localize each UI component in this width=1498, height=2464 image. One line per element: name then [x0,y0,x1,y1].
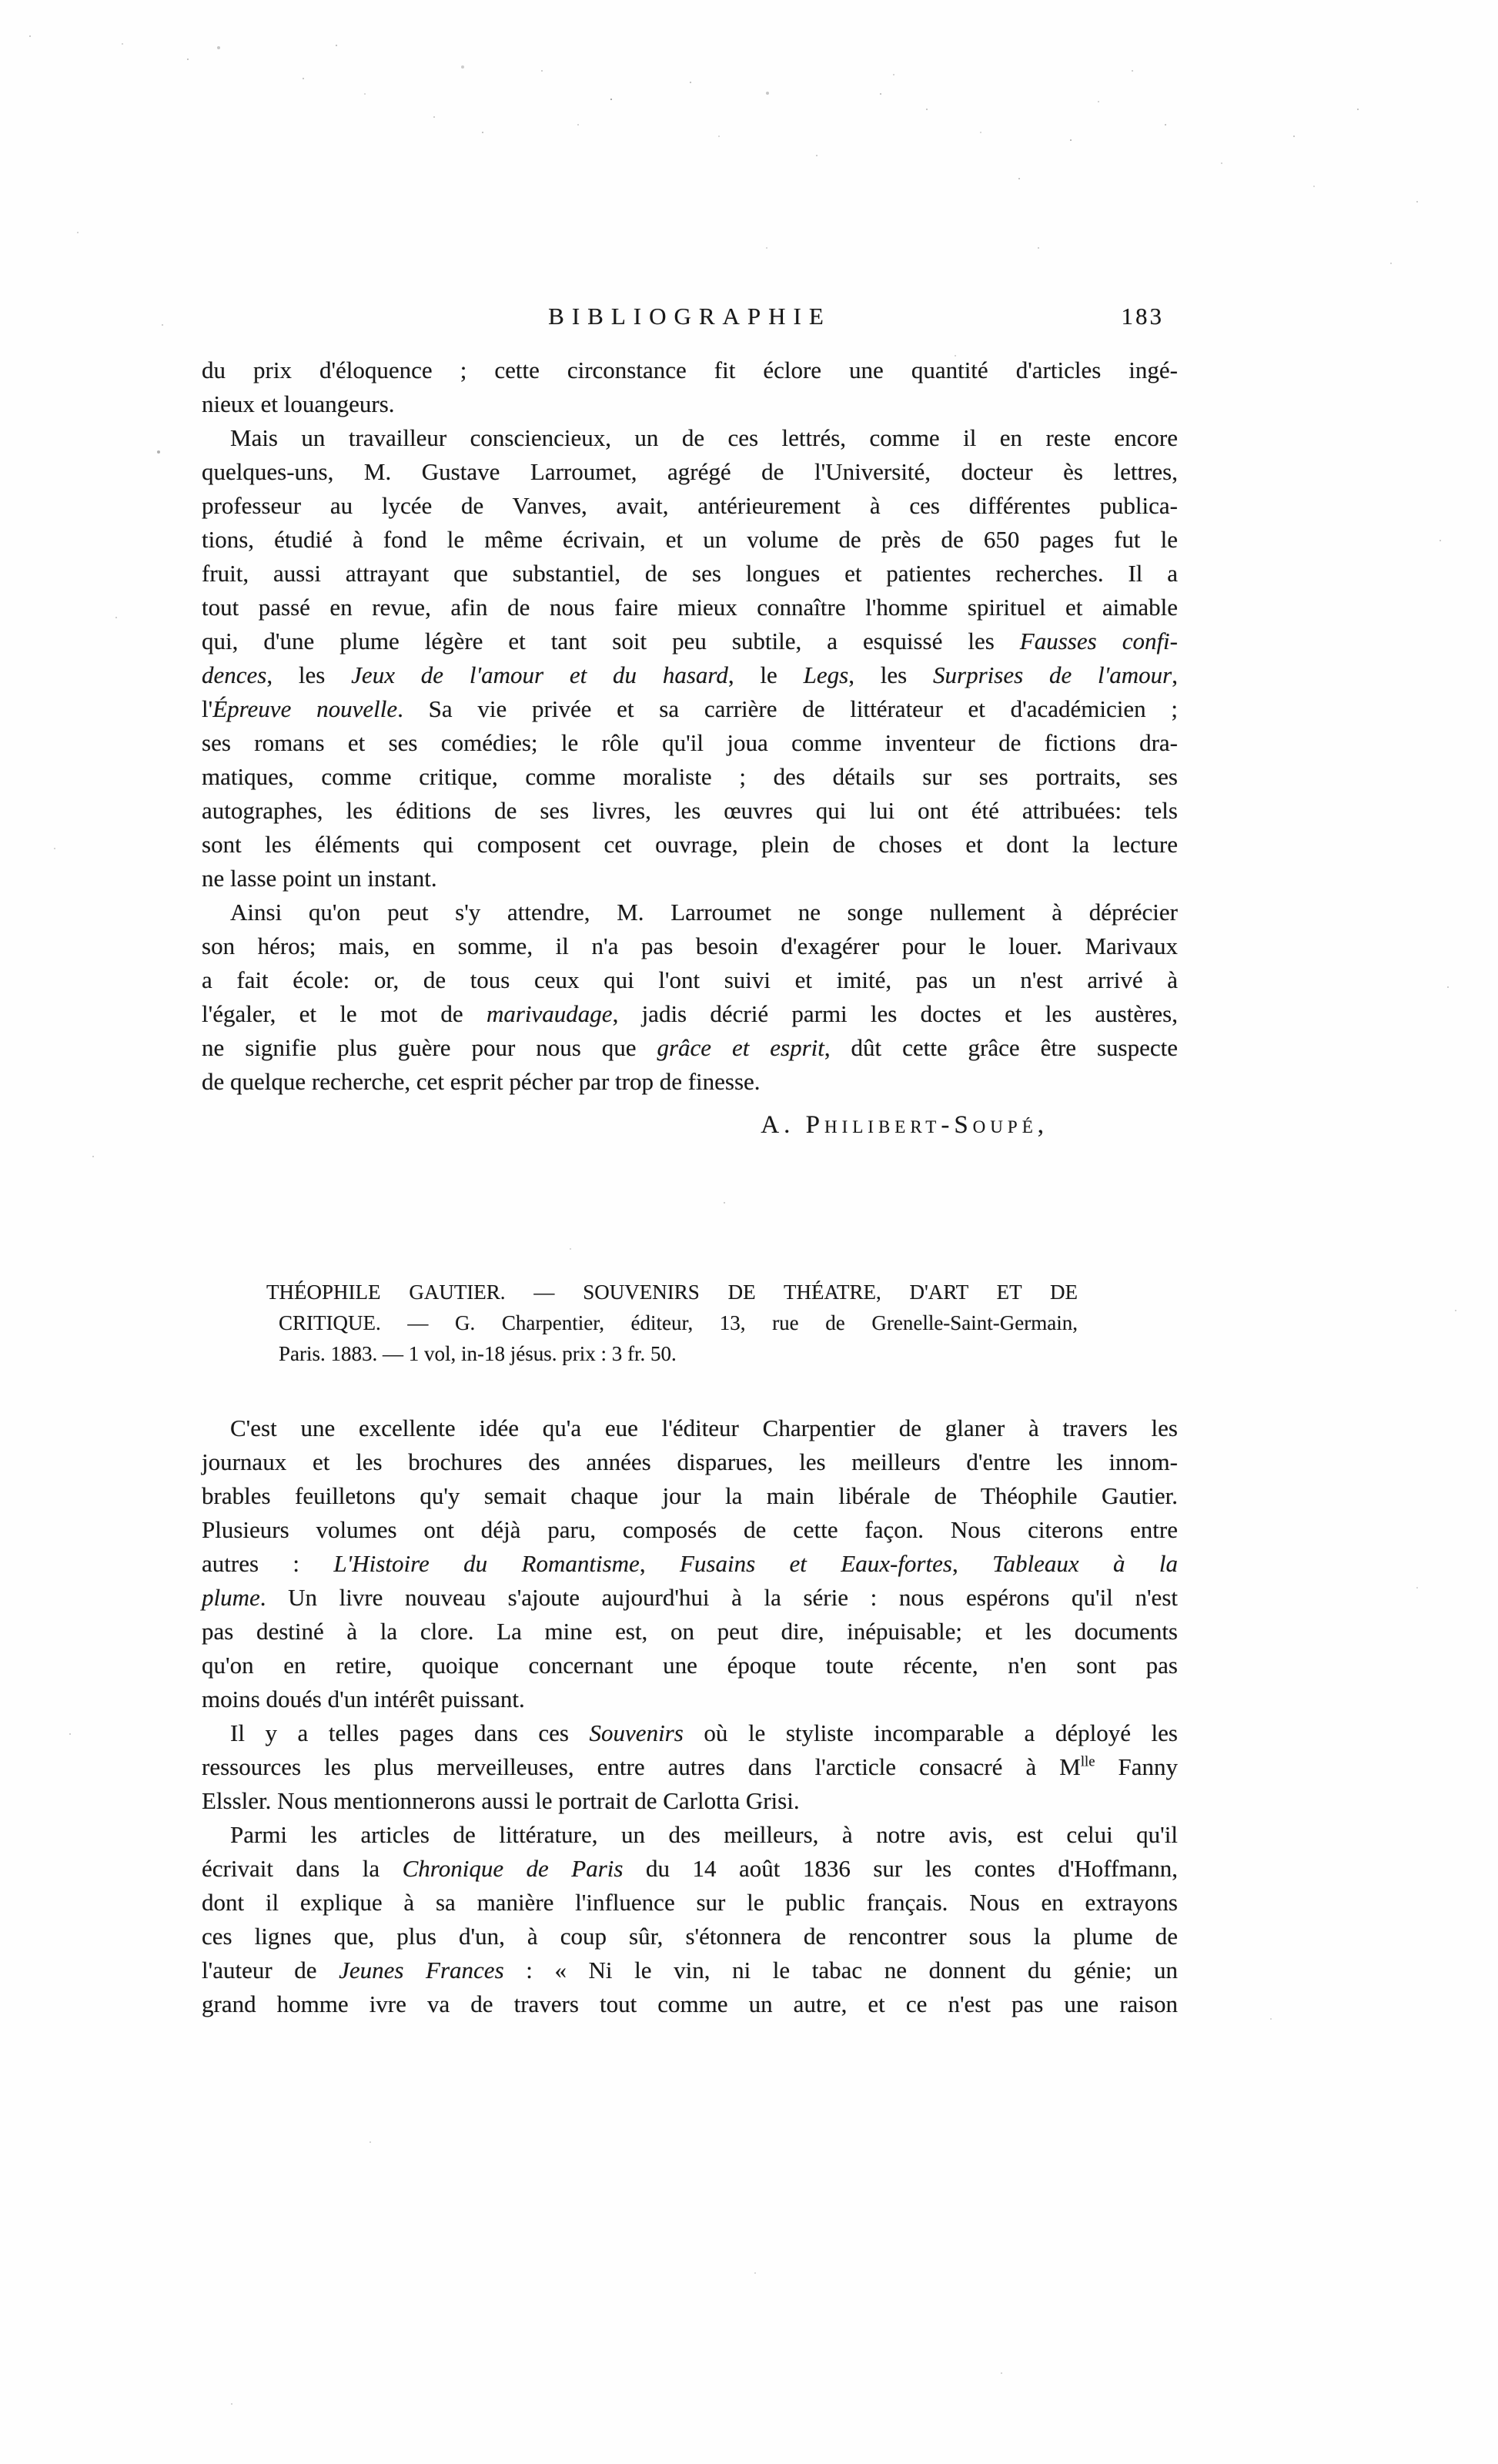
text-segment: ses romans et ses comédies; le rôle qu'i… [202,729,1178,756]
text-line: Plusieurs volumes ont déjà paru, composé… [202,1513,1178,1547]
text-line: Paris. 1883. — 1 vol, in-18 jésus. prix … [266,1338,1078,1369]
text-segment: Parmi les articles de littérature, un de… [230,1821,1178,1848]
text-segment: son héros; mais, en somme, il n'a pas be… [202,932,1178,959]
text-segment: Elssler. Nous mentionnerons aussi le por… [202,1787,800,1814]
text-segment: sont les éléments qui composent cet ouvr… [202,831,1178,858]
text-line: ne lasse point un instant. [202,862,1178,896]
text-segment: Il y a telles pages dans ces [230,1719,590,1746]
text-segment: C'est une excellente idée qu'a eue l'édi… [230,1414,1178,1441]
text-line: Il y a telles pages dans ces Souvenirs o… [202,1716,1178,1750]
paragraph: Parmi les articles de littérature, un de… [202,1818,1178,2021]
text-segment: : « Ni le vin, ni le tabac ne donnent du… [504,1957,1178,1984]
italic-title-text: L'Histoire du Romantisme [333,1550,639,1577]
text-segment: . Sa vie privée et sa carrière de littér… [397,695,1178,722]
italic-title-text: Tableaux à la [992,1550,1178,1577]
text-segment: , dût cette grâce être suspecte [824,1034,1178,1061]
text-line: CRITIQUE. — G. Charpentier, éditeur, 13,… [266,1307,1078,1338]
text-line: a fait école: or, de tous ceux qui l'ont… [202,963,1178,997]
text-segment: quelques-uns, M. Gustave Larroumet, agré… [202,458,1178,485]
text-line: Ainsi qu'on peut s'y attendre, M. Larrou… [202,896,1178,929]
article-gautier-review: C'est une excellente idée qu'a eue l'édi… [202,1411,1178,2021]
text-line: Mais un travailleur consciencieux, un de… [202,421,1178,455]
text-line: nieux et louangeurs. [202,387,1178,421]
text-line: professeur au lycée de Vanves, avait, an… [202,489,1178,523]
text-line: brables feuilletons qu'y semait chaque j… [202,1479,1178,1513]
text-segment: journaux et les brochures des années dis… [202,1448,1178,1475]
italic-title-text: Chronique de Paris [403,1855,624,1882]
text-segment: , [952,1550,992,1577]
text-line: autres : L'Histoire du Romantisme, Fusai… [202,1547,1178,1581]
text-line: l'égaler, et le mot de marivaudage, jadi… [202,997,1178,1031]
text-segment: Ainsi qu'on peut s'y attendre, M. Larrou… [230,899,1178,926]
text-segment: pas destiné à la clore. La mine est, on … [202,1618,1178,1645]
author-signature: A. Philibert-Soupé, [202,1108,1178,1142]
text-segment: THÉOPHILE GAUTIER. — SOUVENIRS DE THÉATR… [266,1281,1078,1304]
superscript-text: lle [1081,1754,1095,1770]
text-line: dont il explique à sa manière l'influenc… [202,1886,1178,1920]
text-segment: autographes, les éditions de ses livres,… [202,797,1178,824]
text-line: Parmi les articles de littérature, un de… [202,1818,1178,1852]
italic-title-text: dences [202,661,266,688]
text-line: du prix d'éloquence ; cette circonstance… [202,353,1178,387]
text-line: pas destiné à la clore. La mine est, on … [202,1615,1178,1649]
paragraph: du prix d'éloquence ; cette circonstance… [202,353,1178,421]
text-line: quelques-uns, M. Gustave Larroumet, agré… [202,455,1178,489]
text-line: ces lignes que, plus d'un, à coup sûr, s… [202,1920,1178,1953]
text-line: C'est une excellente idée qu'a eue l'édi… [202,1411,1178,1445]
text-segment: ces lignes que, plus d'un, à coup sûr, s… [202,1923,1178,1950]
text-segment: CRITIQUE. — G. Charpentier, éditeur, 13,… [279,1311,1078,1334]
running-title: BIBLIOGRAPHIE [202,303,1178,330]
text-segment: professeur au lycée de Vanves, avait, an… [202,492,1178,519]
italic-title-text: marivaudage [487,1000,613,1027]
italic-title-text: Legs [804,661,849,688]
text-segment: ne signifie plus guère pour nous que [202,1034,657,1061]
text-line: son héros; mais, en somme, il n'a pas be… [202,929,1178,963]
italic-title-text: Souvenirs [590,1719,684,1746]
text-segment: fruit, aussi attrayant que substantiel, … [202,560,1178,587]
text-segment: moins doués d'un intérêt puissant. [202,1686,525,1712]
text-segment: Fanny [1095,1753,1178,1780]
paragraph: C'est une excellente idée qu'a eue l'édi… [202,1411,1178,1716]
text-line: tout passé en revue, afin de nous faire … [202,591,1178,624]
text-segment: brables feuilletons qu'y semait chaque j… [202,1482,1178,1509]
paragraph: Mais un travailleur consciencieux, un de… [202,421,1178,896]
bibliographic-entry: THÉOPHILE GAUTIER. — SOUVENIRS DE THÉATR… [266,1277,1078,1369]
italic-title-text: Fusains et Eaux-fortes [680,1550,952,1577]
paragraph: Ainsi qu'on peut s'y attendre, M. Larrou… [202,896,1178,1099]
text-line: l'Épreuve nouvelle. Sa vie privée et sa … [202,692,1178,726]
text-segment: du prix d'éloquence ; cette circonstance… [202,357,1178,383]
text-segment: qui, d'une plume légère et tant soit peu… [202,628,1020,654]
text-segment: où le styliste incomparable a déployé le… [684,1719,1178,1746]
italic-title-text: grâce et esprit [657,1034,824,1061]
text-line: matiques, comme critique, comme moralist… [202,760,1178,794]
text-line: l'auteur de Jeunes Frances : « Ni le vin… [202,1953,1178,1987]
text-segment: a fait école: or, de tous ceux qui l'ont… [202,966,1178,993]
text-segment: tout passé en revue, afin de nous faire … [202,594,1178,621]
text-segment: Mais un travailleur consciencieux, un de… [230,424,1178,451]
italic-title-text: Surprises de l'amour [933,661,1172,688]
text-line: autographes, les éditions de ses livres,… [202,794,1178,828]
text-segment: , les [848,661,933,688]
text-segment: l'égaler, et le mot de [202,1000,487,1027]
italic-title-text: Épreuve nouvelle [212,695,397,722]
text-line: moins doués d'un intérêt puissant. [202,1682,1178,1716]
page-header: BIBLIOGRAPHIE 183 [202,303,1178,336]
text-segment: ressources les plus merveilleuses, entre… [202,1753,1081,1780]
text-line: journaux et les brochures des années dis… [202,1445,1178,1479]
text-segment: , les [266,661,351,688]
text-segment: écrivait dans la [202,1855,403,1882]
text-segment: de quelque recherche, cet esprit pécher … [202,1068,761,1095]
text-line: plume. Un livre nouveau s'ajoute aujourd… [202,1581,1178,1615]
text-segment: , le [728,661,804,688]
article-larroumet-review: du prix d'éloquence ; cette circonstance… [202,353,1178,1142]
text-segment: qu'on en retire, quoique concernant une … [202,1652,1178,1679]
text-line: dences, les Jeux de l'amour et du hasard… [202,658,1178,692]
text-line: ne signifie plus guère pour nous que grâ… [202,1031,1178,1065]
text-line: de quelque recherche, cet esprit pécher … [202,1065,1178,1099]
text-line: qui, d'une plume légère et tant soit peu… [202,624,1178,658]
text-segment: ne lasse point un instant. [202,865,437,892]
text-segment: tions, étudié à fond le même écrivain, e… [202,526,1178,553]
text-segment: Plusieurs volumes ont déjà paru, composé… [202,1516,1178,1543]
text-segment: matiques, comme critique, comme moralist… [202,763,1178,790]
text-segment: l'auteur de [202,1957,339,1984]
text-segment: , jadis décrié parmi les doctes et les a… [613,1000,1178,1027]
text-segment: nieux et louangeurs. [202,390,395,417]
scan-noise-specks [29,35,31,37]
paragraph: Il y a telles pages dans ces Souvenirs o… [202,1716,1178,1818]
italic-title-text: Fausses confi- [1020,628,1178,654]
italic-title-text: Jeunes Frances [339,1957,504,1984]
text-segment: dont il explique à sa manière l'influenc… [202,1889,1178,1916]
text-block: BIBLIOGRAPHIE 183 du prix d'éloquence ; … [202,303,1178,2021]
text-segment: , [640,1550,680,1577]
text-segment: l' [202,695,212,722]
text-line: THÉOPHILE GAUTIER. — SOUVENIRS DE THÉATR… [266,1277,1078,1307]
text-line: ressources les plus merveilleuses, entre… [202,1750,1178,1784]
text-line: fruit, aussi attrayant que substantiel, … [202,557,1178,591]
text-line: Elssler. Nous mentionnerons aussi le por… [202,1784,1178,1818]
scanned-book-page: BIBLIOGRAPHIE 183 du prix d'éloquence ; … [0,0,1498,2464]
text-segment: . Un livre nouveau s'ajoute aujourd'hui … [260,1584,1178,1611]
text-line: grand homme ivre va de travers tout comm… [202,1987,1178,2021]
text-line: ses romans et ses comédies; le rôle qu'i… [202,726,1178,760]
page-number: 183 [1122,303,1165,330]
text-segment: du 14 août 1836 sur les contes d'Hoffman… [624,1855,1179,1882]
text-line: qu'on en retire, quoique concernant une … [202,1649,1178,1682]
italic-title-text: Jeux de l'amour et du hasard [351,661,728,688]
text-line: écrivait dans la Chronique de Paris du 1… [202,1852,1178,1886]
text-segment: autres : [202,1550,333,1577]
text-line: tions, étudié à fond le même écrivain, e… [202,523,1178,557]
text-segment: Paris. 1883. — 1 vol, in-18 jésus. prix … [279,1342,677,1365]
text-segment: grand homme ivre va de travers tout comm… [202,1990,1178,2017]
text-segment: , [1172,661,1178,688]
text-line: sont les éléments qui composent cet ouvr… [202,828,1178,862]
italic-title-text: plume [202,1584,260,1611]
